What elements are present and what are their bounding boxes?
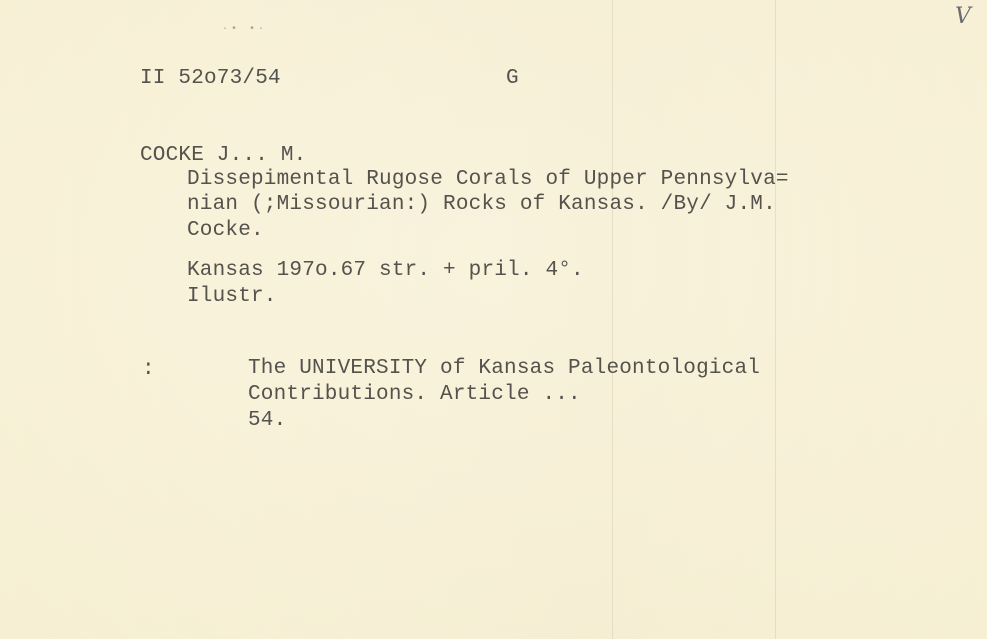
author: COCKE J... M. [140, 143, 306, 169]
card-crease [612, 0, 613, 639]
imprint-line: Kansas 197o.67 str. + pril. 4°. [187, 258, 584, 284]
catalog-card: ·• •· V II 52o73/54 G COCKE J... M. Diss… [0, 0, 987, 639]
location-code: G [506, 66, 519, 92]
series-line: Contributions. Article ... [248, 382, 581, 408]
title-line: Cocke. [187, 218, 264, 244]
ink-specks: ·• •· [222, 24, 267, 35]
series-line: The UNIVERSITY of Kansas Paleontological [248, 356, 760, 382]
call-number: II 52o73/54 [140, 66, 281, 92]
card-crease [775, 0, 776, 639]
imprint-line: Ilustr. [187, 284, 277, 310]
series-marker: : [142, 357, 155, 383]
check-mark-icon: V [955, 4, 971, 29]
series-line: 54. [248, 408, 286, 434]
title-line: Dissepimental Rugose Corals of Upper Pen… [187, 167, 789, 193]
title-line: nian (;Missourian:) Rocks of Kansas. /By… [187, 192, 776, 218]
